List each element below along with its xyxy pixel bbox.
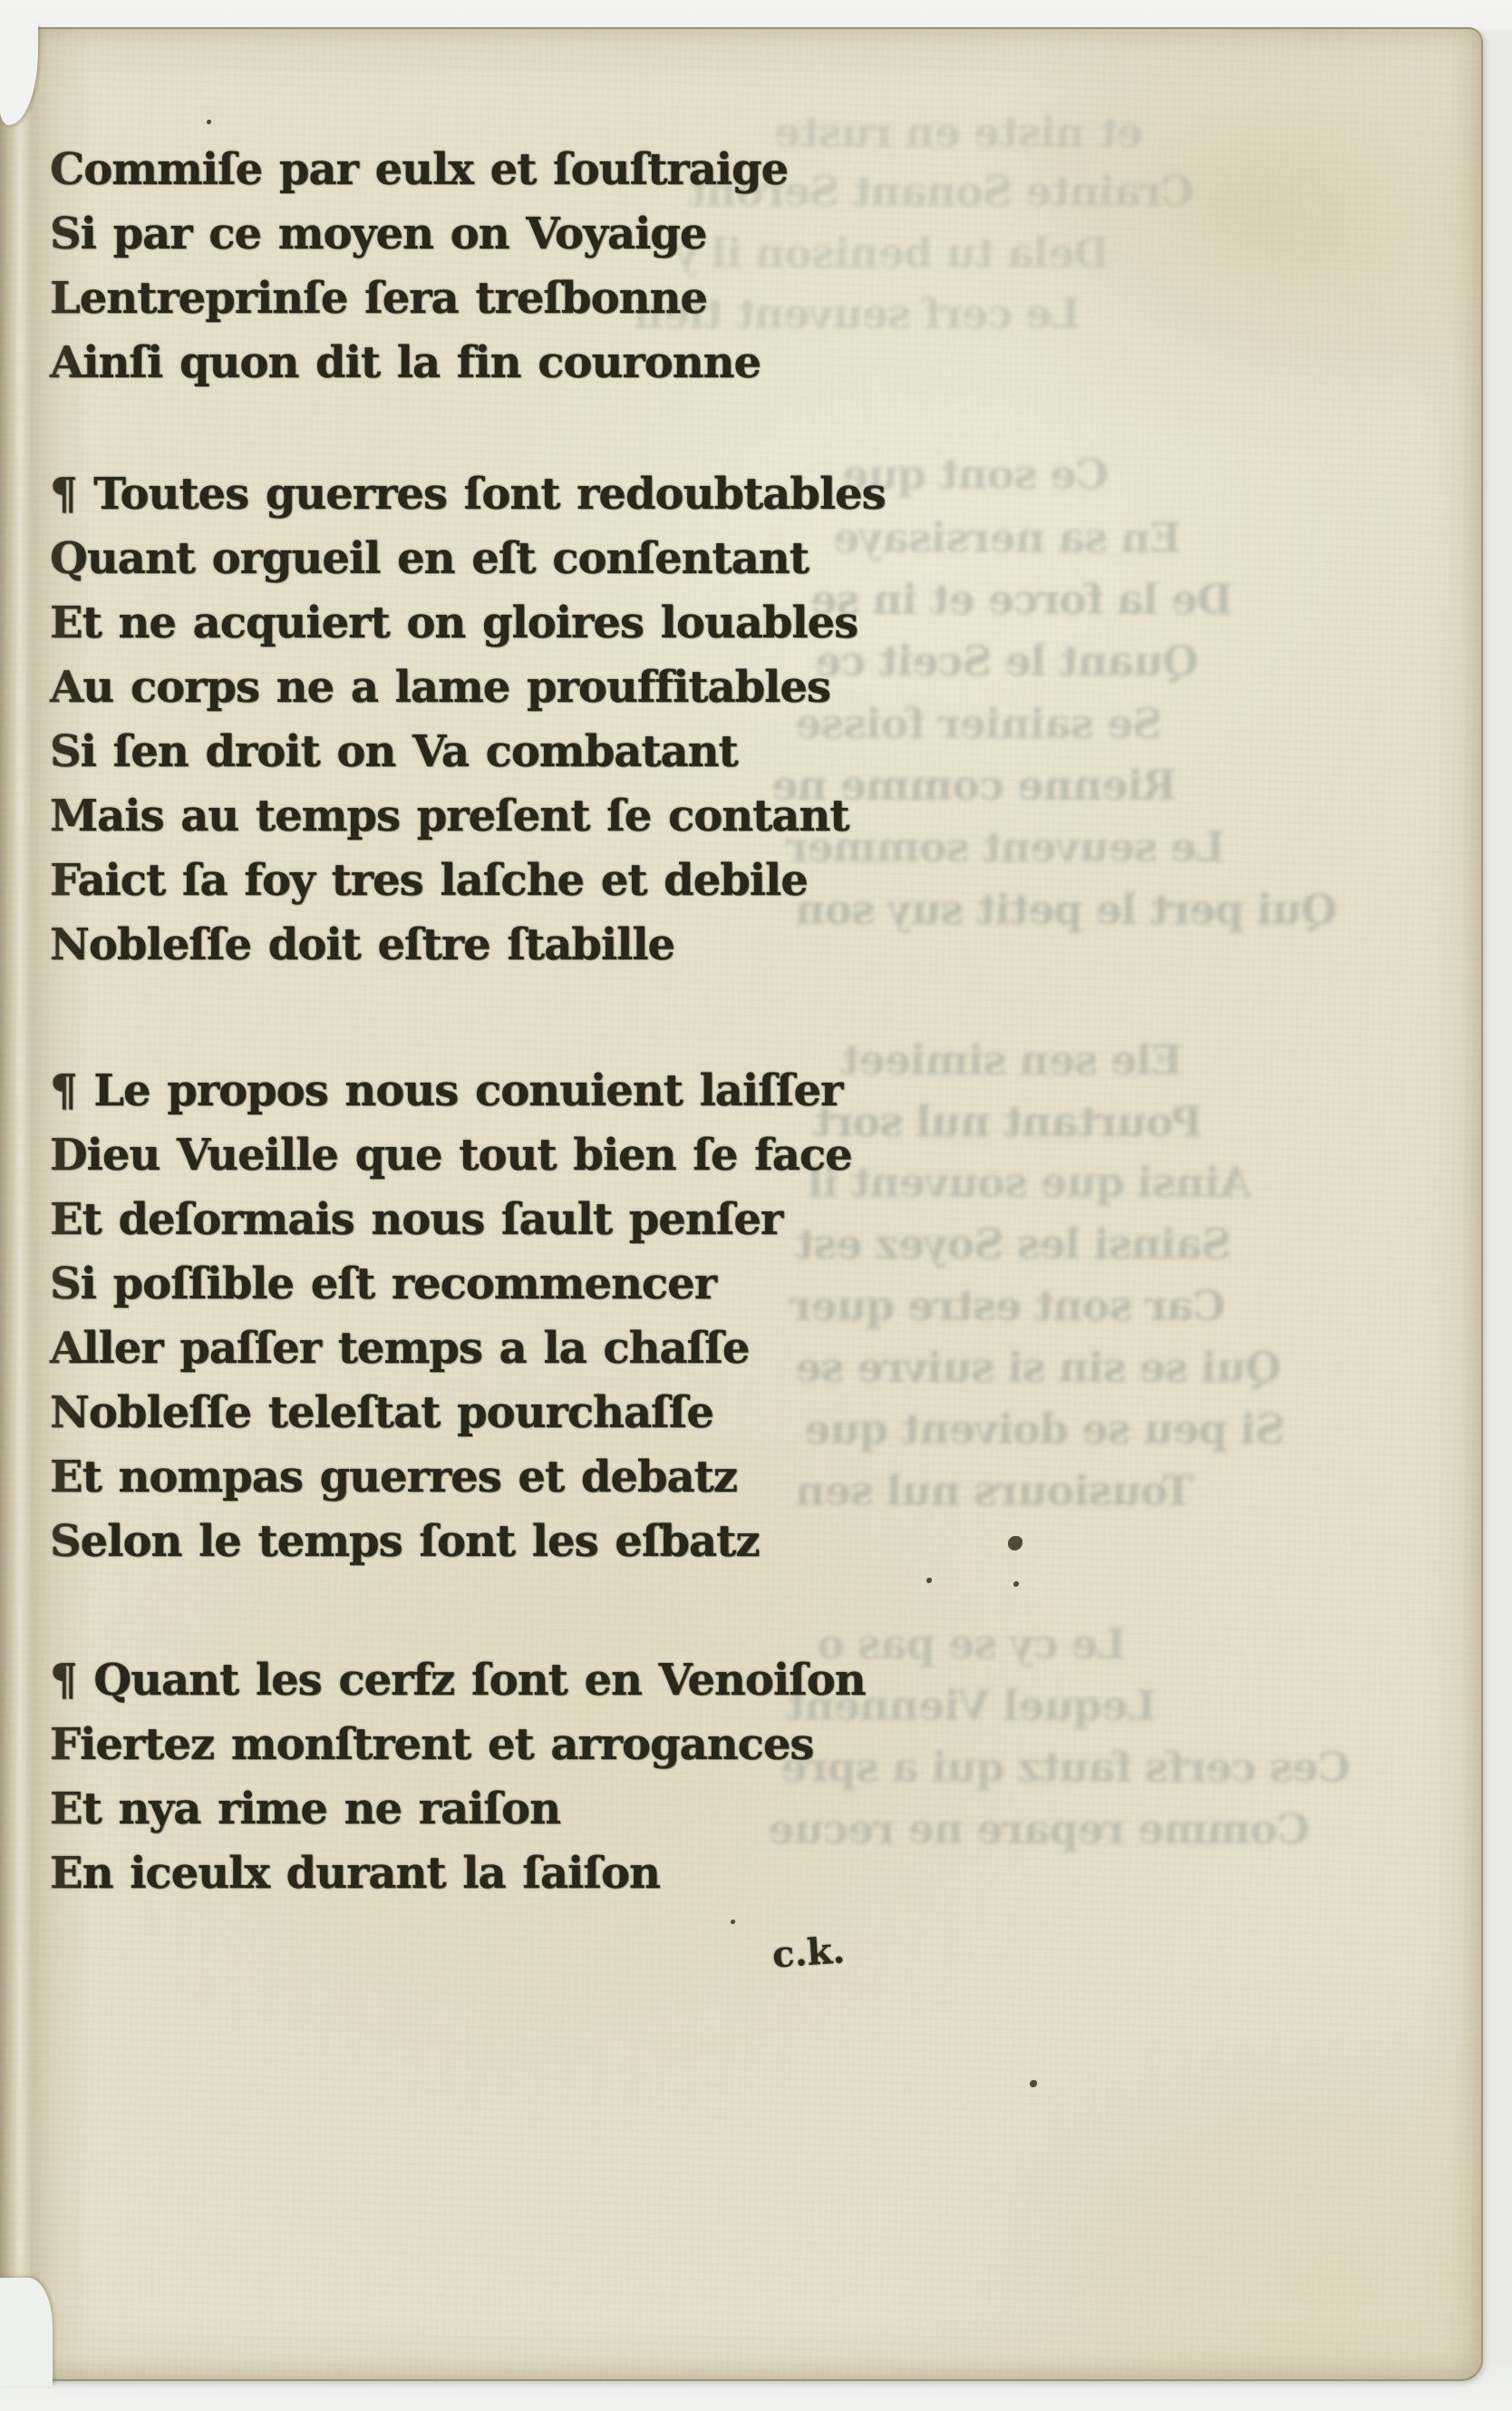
- ink-speck: [207, 120, 211, 124]
- poem-line: ¶ Le propos nous conuient laiſſer: [50, 1059, 1092, 1123]
- stanza-3: ¶ Le propos nous conuient laiſſerDieu Vu…: [50, 1059, 1092, 1574]
- stanza-2: ¶ Toutes guerres ſont redoubtablesQuant …: [50, 462, 1092, 977]
- quire-signature-mark: c.k.: [771, 1929, 846, 1976]
- poem-line: ¶ Quant les cerfz ſont en Venoiſon: [50, 1648, 1092, 1713]
- ink-speck: [731, 1920, 735, 1924]
- poem-line: Nobleſſe teleſtat pourchaſſe: [50, 1381, 1092, 1445]
- poem-line: Nobleſſe doit eſtre ſtabille: [50, 913, 1092, 977]
- poem-line: Lentreprinſe ſera treſbonne: [50, 267, 1092, 331]
- poem-line: Si ſen droit on Va combatant: [50, 720, 1092, 784]
- poem-line: ¶ Toutes guerres ſont redoubtables: [50, 462, 1092, 527]
- poem-line: Quant orgueil en eſt conſentant: [50, 527, 1092, 591]
- poem-line: Et deſormais nous ſault penſer: [50, 1188, 1092, 1252]
- poem-line: Et ne acquiert on gloires louables: [50, 591, 1092, 656]
- poem-line: Aller paſſer temps a la chaſſe: [50, 1317, 1092, 1381]
- poem-line: Faict ſa foy tres laſche et debile: [50, 849, 1092, 913]
- book-page: et niste en rusteCrainte Sonant SerontDe…: [0, 27, 1483, 2381]
- page-curl-top-left: [0, 24, 38, 125]
- poem-line: Selon le temps ſont les eſbatz: [50, 1510, 1092, 1574]
- scanned-book-photo: et niste en rusteCrainte Sonant SerontDe…: [0, 0, 1512, 2411]
- stanza-4: ¶ Quant les cerfz ſont en VenoiſonFierte…: [50, 1648, 1092, 1906]
- poem-line: Si poſſible eſt recommencer: [50, 1252, 1092, 1317]
- poem-line: Commiſe par eulx et ſouſtraige: [50, 138, 1092, 202]
- stanza-1: Commiſe par eulx et ſouſtraigeSi par ce …: [50, 138, 1092, 395]
- poem-line: Et nompas guerres et debatz: [50, 1445, 1092, 1510]
- poem-line: Ainſi quon dit la fin couronne: [50, 331, 1092, 395]
- poem-line: En iceulx durant la ſaiſon: [50, 1842, 1092, 1906]
- poem-line: Et nya rime ne raiſon: [50, 1777, 1092, 1842]
- ink-speck: [1030, 2080, 1037, 2087]
- page-curl-bottom-left: [0, 2278, 53, 2387]
- poem-line: Au corps ne a lame prouffitables: [50, 656, 1092, 720]
- poem-line: Dieu Vueille que tout bien ſe face: [50, 1123, 1092, 1188]
- poem-text-block: Commiſe par eulx et ſouſtraigeSi par ce …: [50, 138, 1092, 1906]
- poem-line: Si par ce moyen on Voyaige: [50, 202, 1092, 267]
- poem-line: Fiertez monſtrent et arrogances: [50, 1713, 1092, 1777]
- poem-line: Mais au temps preſent ſe contant: [50, 784, 1092, 849]
